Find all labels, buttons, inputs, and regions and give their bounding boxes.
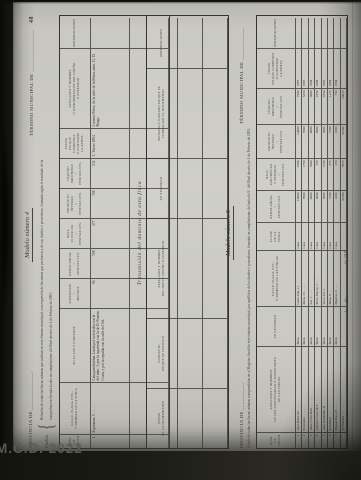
scanned-page: 48 PROVINCIA DE ______________. Modelo n… [0, 0, 361, 480]
header-cell: OBSERVACIONES [60, 18, 91, 48]
form2-intro: Estado de todas las fincas urbanas compr… [247, 18, 251, 448]
cell-baja: 177 [91, 218, 130, 248]
header-cell: APELLIDOS Y NOMBRE Ó DENOMINACIÓN DEL DU… [60, 48, 91, 128]
cell-observaciones [178, 18, 203, 68]
header-cell: PRODUCTO ÍNTEGRO = Pesetas Cts. [257, 124, 296, 158]
table-row [178, 16, 203, 448]
form1-table-b-header-row: FECHA DE LA TRANSMISIÓNCONCEPTO EN QUE S… [147, 16, 178, 448]
header-cell: OBSERVACIONES [147, 18, 178, 68]
header-cell: BAJA 25 POR 100 = Pesetas Cts. [60, 218, 91, 248]
form1-provincia: PROVINCIA DE ______________. [28, 370, 33, 448]
header-cell: LÍQUIDO IMPONIBLE = Pesetas Cts. [257, 88, 296, 124]
cell-superficie: 96 [91, 278, 130, 308]
cell-notaria [178, 68, 203, 158]
corner-shadow [271, 360, 361, 480]
cell-clase-linderos: Casa para habitar. Linda por la derecha … [91, 308, 130, 382]
cell-producto: 31500 [341, 124, 347, 158]
cell-calle: Esperanza, 5 . . . . . . [91, 382, 130, 434]
cell-nuevo-dueno [178, 218, 203, 318]
cell-renta: 31500 [341, 190, 347, 222]
cell-vecindad [178, 158, 203, 218]
header-cell: SU CLASE Y LINDEROS [60, 308, 91, 382]
header-cell: BAJA POR HUECOS Y REPAROS = Pesetas Cts. [257, 158, 296, 190]
form1-termino: TÉRMINO MUNICIPAL DE ________________ [29, 29, 34, 136]
cell-num-orden: 1 [91, 434, 130, 448]
header-cell: PRODUCTO ÍNTEGRO = Pesetas Cts. [60, 188, 91, 218]
cell-fecha-transmision [178, 388, 203, 448]
cell-observaciones [91, 18, 130, 48]
header-cell: RENTA ANUAL = Pesetas Cts. [257, 190, 296, 222]
header-cell: FECHA DE LA TRANSMISIÓN [147, 388, 178, 448]
header-cell: FECHA EN QUE COMIENZA Á CONTARSE LA RENT… [257, 48, 296, 88]
form2-title: Modelo número 5 [225, 206, 234, 260]
page-number: 48 [29, 16, 35, 23]
cell-notaria [203, 68, 228, 158]
cell-concepto [178, 318, 203, 388]
table-row: 1 Esperanza, 5 . . . . . . Casa para hab… [91, 16, 130, 448]
header-cell: NOTARÍA Ó JUZGADO EN QUE SE FORMALIZÓ EL… [147, 68, 178, 158]
cell-producto: 708 [91, 188, 130, 218]
header-cell: OBSERVACIONES [257, 18, 296, 48]
form1-title: Modelo número 4 [24, 208, 33, 262]
form1-table-a-header-row: NÚM. DE ORDENCALLE, PLAZA, ETC., Y NÚMER… [60, 16, 91, 448]
cell-renta: 708 [91, 248, 130, 278]
header-cell: CALLE, PLAZA, ETC., Y NÚMERO DE LAS FINC… [257, 250, 296, 306]
form1-intro-line1: Relación de todas las fincas urbanas que… [40, 22, 44, 420]
cell-fecha: 1.º Enero 1894 [91, 128, 130, 158]
scan-left-edge [0, 0, 15, 480]
cell-observaciones [203, 18, 228, 68]
form2-termino: TÉRMINO MUNICIPAL DE ____________ [239, 28, 244, 124]
watermark: M.C.D. 2022 [0, 441, 83, 456]
header-cell: CLASE DE LA FINCA [257, 222, 296, 250]
cell-fecha-transmision [203, 388, 228, 448]
cell-baja: 7875 [341, 158, 347, 190]
form1-intro-line2: comprobación llevada á cabo en cumplimie… [49, 22, 53, 420]
header-cell: SU VECINDAD [147, 158, 178, 218]
header-cell: RENTA ANUAL = Pesetas Cts. [60, 248, 91, 278]
cell-fecha [341, 48, 347, 88]
header-cell: FECHA EN QUE COMIENZA Á CONTARSE LA RENT… [60, 128, 91, 158]
header-cell: CALLE, PLAZA, ETC., Y NÚMERO DE LA FINCA [60, 382, 91, 434]
brace-glyph: { [33, 424, 59, 430]
cell-dueno: Lorenzo Pérez, de la calle de la Reina, … [91, 48, 130, 128]
header-cell: APELLIDOS Y NOMBRE DEL NUEVO DUEÑO Ó POS… [147, 218, 178, 318]
form1-section-title: Transmisión del dominio de esta finca [137, 17, 143, 449]
form1-table-b-body [178, 16, 228, 448]
header-cell: SUPERFICIE = Metros [60, 278, 91, 308]
cell-liquido: 531 [91, 158, 130, 188]
header-cell: CONCEPTO EN QUE SE VERIFICÓ [147, 318, 178, 388]
cell-observaciones [341, 18, 347, 48]
cell-liquido: 23625 [341, 88, 347, 124]
form2-provincia: PROVINCIA DE __________. [239, 381, 244, 448]
header-cell: LÍQUIDO IMPONIBLE = Pesetas Cts. [60, 158, 91, 188]
cell-concepto [203, 318, 228, 388]
header-cell: SU VECINDAD [257, 306, 296, 346]
scan-top-edge [0, 0, 361, 4]
form1-table-b: FECHA DE LA TRANSMISIÓNCONCEPTO EN QUE S… [146, 15, 229, 449]
form2-date-line: ________ á __ de ____________ de 189__ [343, 246, 348, 334]
